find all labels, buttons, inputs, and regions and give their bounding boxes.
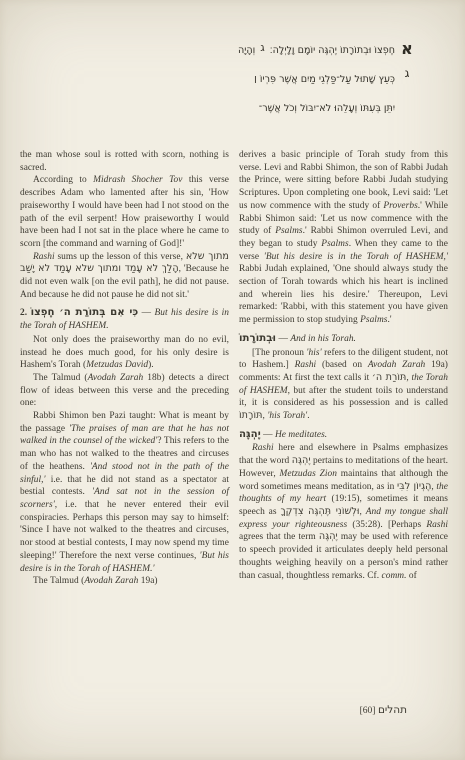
hebrew-text-run: יִתֵּן בְּעִתּוֹ וְעָלֵהוּ לֹא־יִבּוֹל ו… (259, 103, 395, 114)
text-run: Rashi (33, 252, 55, 262)
text-run: comm. (382, 571, 407, 581)
text-run: .' (387, 315, 391, 325)
hebrew-text-run: תּוֹרַת ה׳ (372, 372, 407, 383)
right-column: derives a basic principle of Torah study… (239, 149, 448, 588)
text-run: He meditates. (275, 430, 327, 440)
text-run: (35:28). [Perhaps (347, 520, 426, 530)
paragraph: Not only does the praiseworthy man do no… (20, 334, 229, 372)
text-run: Psalms (321, 239, 348, 249)
verse-number-marker: ג (260, 41, 265, 54)
text-run: [The pronoun (252, 348, 306, 358)
text-run: Psalms (360, 315, 387, 325)
hebrew-text-run: כְּעֵץ שָׁתוּל עַל־פַּלְגֵי מַיִם אֲשֶׁר… (254, 74, 395, 85)
paragraph: The Talmud (Avodah Zarah 18b) detects a … (20, 372, 229, 410)
text-run: Metzudas David (86, 360, 148, 370)
paragraph: According to Midrash Shocher Tov this ve… (20, 174, 229, 250)
text-run: According to (33, 175, 93, 185)
text-run: 19a) (138, 576, 157, 586)
text-run: — (138, 308, 154, 318)
hebrew-text-run: וּבְתוֹרָתוֹ (239, 332, 276, 344)
text-run: the man whose soul is rotted with scorn,… (20, 150, 229, 173)
book-title-hebrew: תהלים (378, 704, 407, 716)
text-run: of (406, 571, 416, 581)
chapter-letter: א (397, 40, 417, 58)
paragraph: The Talmud (Avodah Zarah 19a) (20, 575, 229, 588)
text-run: Psalms (275, 226, 302, 236)
hebrew-text-run: יֶהְגֶּה (319, 531, 338, 542)
hebrew-verse-block: חֶפְצוֹ וּבְתוֹרָתוֹ יֶהְגֶּה יוֹמָם וָל… (54, 34, 395, 122)
commentary-columns: the man whose soul is rotted with scorn,… (20, 149, 448, 588)
page-footer: תהלים [60] (344, 704, 407, 716)
hebrew-text-run: יֶהְגֶּה (292, 455, 311, 466)
hebrew-text-run: יֶהְגֶּה (239, 428, 261, 440)
paragraph: the man whose soul is rotted with scorn,… (20, 149, 229, 174)
text-run: Avodah Zarah (84, 576, 138, 586)
section-heading: וּבְתוֹרָתוֹ — And in his Torah. (239, 332, 448, 346)
text-run: ). (148, 360, 154, 370)
left-column: the man whose soul is rotted with scorn,… (20, 149, 229, 588)
paragraph: derives a basic principle of Torah study… (239, 149, 448, 327)
text-run: 'his Torah' (267, 411, 307, 421)
hebrew-text-run: הֶגְיוֹן לִבִּי (397, 481, 431, 492)
text-run: — (261, 430, 275, 440)
text-run: Metzudas Zion (280, 469, 338, 479)
text-run: Rabbi Judah explained, 'One should alway… (239, 264, 448, 325)
text-run: (based on (316, 360, 368, 370)
text-run: sums up the lesson of this verse, (55, 252, 186, 262)
verse-letter: ג (397, 67, 417, 79)
paragraph: Rashi sums up the lesson of this verse, … (20, 251, 229, 302)
section-heading: יֶהְגֶּה — He meditates. (239, 428, 448, 442)
hebrew-text-run: חֶפְצוֹ וּבְתוֹרָתוֹ יֶהְגֶּה יוֹמָם וָל… (270, 45, 395, 56)
text-run: agrees that the term (239, 532, 319, 542)
text-run: Rashi (252, 443, 274, 453)
text-run: 'But his desire is in the Torah of HASHE… (264, 252, 448, 262)
hebrew-text-run: כִּי אִם בְּתוֹרַת ה׳ חֶפְצוֹ (31, 306, 139, 318)
hebrew-text-run: וּלְשׁוֹנִי תֶּהְגֶּה צִדְקֶךָ (280, 506, 359, 517)
text-run: Rashi (295, 360, 317, 370)
paragraph: Rabbi Shimon ben Pazi taught: What is me… (20, 410, 229, 575)
text-run: 2. (20, 308, 31, 318)
hebrew-text-run: וְהָיָה (238, 45, 255, 56)
paragraph: Rashi here and elsewhere in Psalms empha… (239, 442, 448, 582)
text-run: this verse describes Adam who lamented a… (20, 175, 229, 249)
text-run: Midrash Shocher Tov (93, 175, 182, 185)
text-run: Rashi (426, 520, 448, 530)
paragraph: [The pronoun 'his' refers to the diligen… (239, 347, 448, 423)
margin-chapter-verse-reference: א ג (397, 40, 417, 79)
text-run: Avodah Zarah (368, 360, 425, 370)
page-number: [60] (360, 706, 376, 716)
section-heading: 2. כִּי אִם בְּתוֹרַת ה׳ חֶפְצוֹ — But h… (20, 306, 229, 332)
text-run: And in his Torah. (290, 334, 356, 344)
text-run: The Talmud ( (33, 373, 88, 383)
text-run: — (276, 334, 290, 344)
text-run: Proverbs (383, 201, 417, 211)
verse-line: חֶפְצוֹ וּבְתוֹרָתוֹ יֶהְגֶּה יוֹמָם וָל… (54, 34, 395, 64)
text-run: The Talmud ( (33, 576, 84, 586)
text-run: 'his' (306, 348, 321, 358)
text-run: Avodah Zarah (88, 373, 144, 383)
verse-line: כְּעֵץ שָׁתוּל עַל־פַּלְגֵי מַיִם אֲשֶׁר… (54, 64, 395, 93)
book-page: { "chapter_ref": { "chapter_letter": "א"… (0, 0, 465, 760)
text-run: . (307, 411, 309, 421)
verse-line: יִתֵּן בְּעִתּוֹ וְעָלֵהוּ לֹא־יִבּוֹל ו… (54, 93, 395, 122)
hebrew-text-run: תּוֹרָתוֹ (239, 410, 263, 421)
